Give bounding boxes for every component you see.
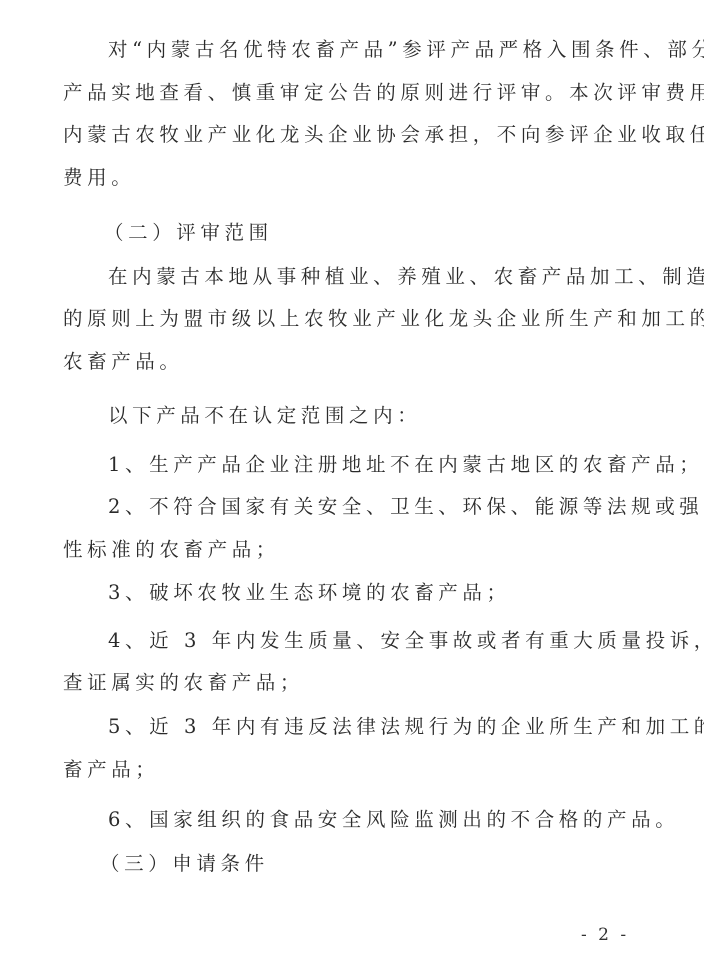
list-item: 6、国家组织的食品安全风险监测出的不合格的产品。 — [108, 807, 653, 833]
paragraph-line: 农畜产品。 — [63, 349, 653, 375]
list-item-continuation: 畜产品； — [63, 757, 653, 783]
list-item: 1、生产产品企业注册地址不在内蒙古地区的农畜产品； — [108, 452, 653, 478]
list-item-continuation: 性标准的农畜产品； — [63, 537, 653, 563]
paragraph-line: 以下产品不在认定范围之内： — [108, 403, 653, 429]
paragraph-line: 的原则上为盟市级以上农牧业产业化龙头企业所生产和加工的 — [63, 306, 653, 332]
list-item-continuation: 查证属实的农畜产品； — [63, 670, 653, 696]
list-item: 2、不符合国家有关安全、卫生、环保、能源等法规或强制 — [108, 494, 653, 520]
paragraph-line: 对“内蒙古名优特农畜产品”参评产品严格入围条件、部分 — [108, 37, 653, 63]
list-item: 4、近 3 年内发生质量、安全事故或者有重大质量投诉，经 — [108, 628, 653, 654]
section-heading: （二）评审范围 — [104, 220, 649, 246]
page-number: - 2 - — [581, 924, 629, 946]
paragraph-line: 产品实地查看、慎重审定公告的原则进行评审。本次评审费用由 — [63, 80, 653, 106]
paragraph-line: 费用。 — [63, 165, 653, 191]
document-page: 对“内蒙古名优特农畜产品”参评产品严格入围条件、部分 产品实地查看、慎重审定公告… — [0, 0, 704, 963]
list-item: 3、破坏农牧业生态环境的农畜产品； — [108, 580, 653, 606]
paragraph-line: 在内蒙古本地从事种植业、养殖业、农畜产品加工、制造类 — [108, 264, 653, 290]
paragraph-line: 内蒙古农牧业产业化龙头企业协会承担，不向参评企业收取任何 — [63, 122, 653, 148]
section-heading: （三）申请条件 — [100, 851, 645, 877]
list-item: 5、近 3 年内有违反法律法规行为的企业所生产和加工的农 — [108, 714, 653, 740]
